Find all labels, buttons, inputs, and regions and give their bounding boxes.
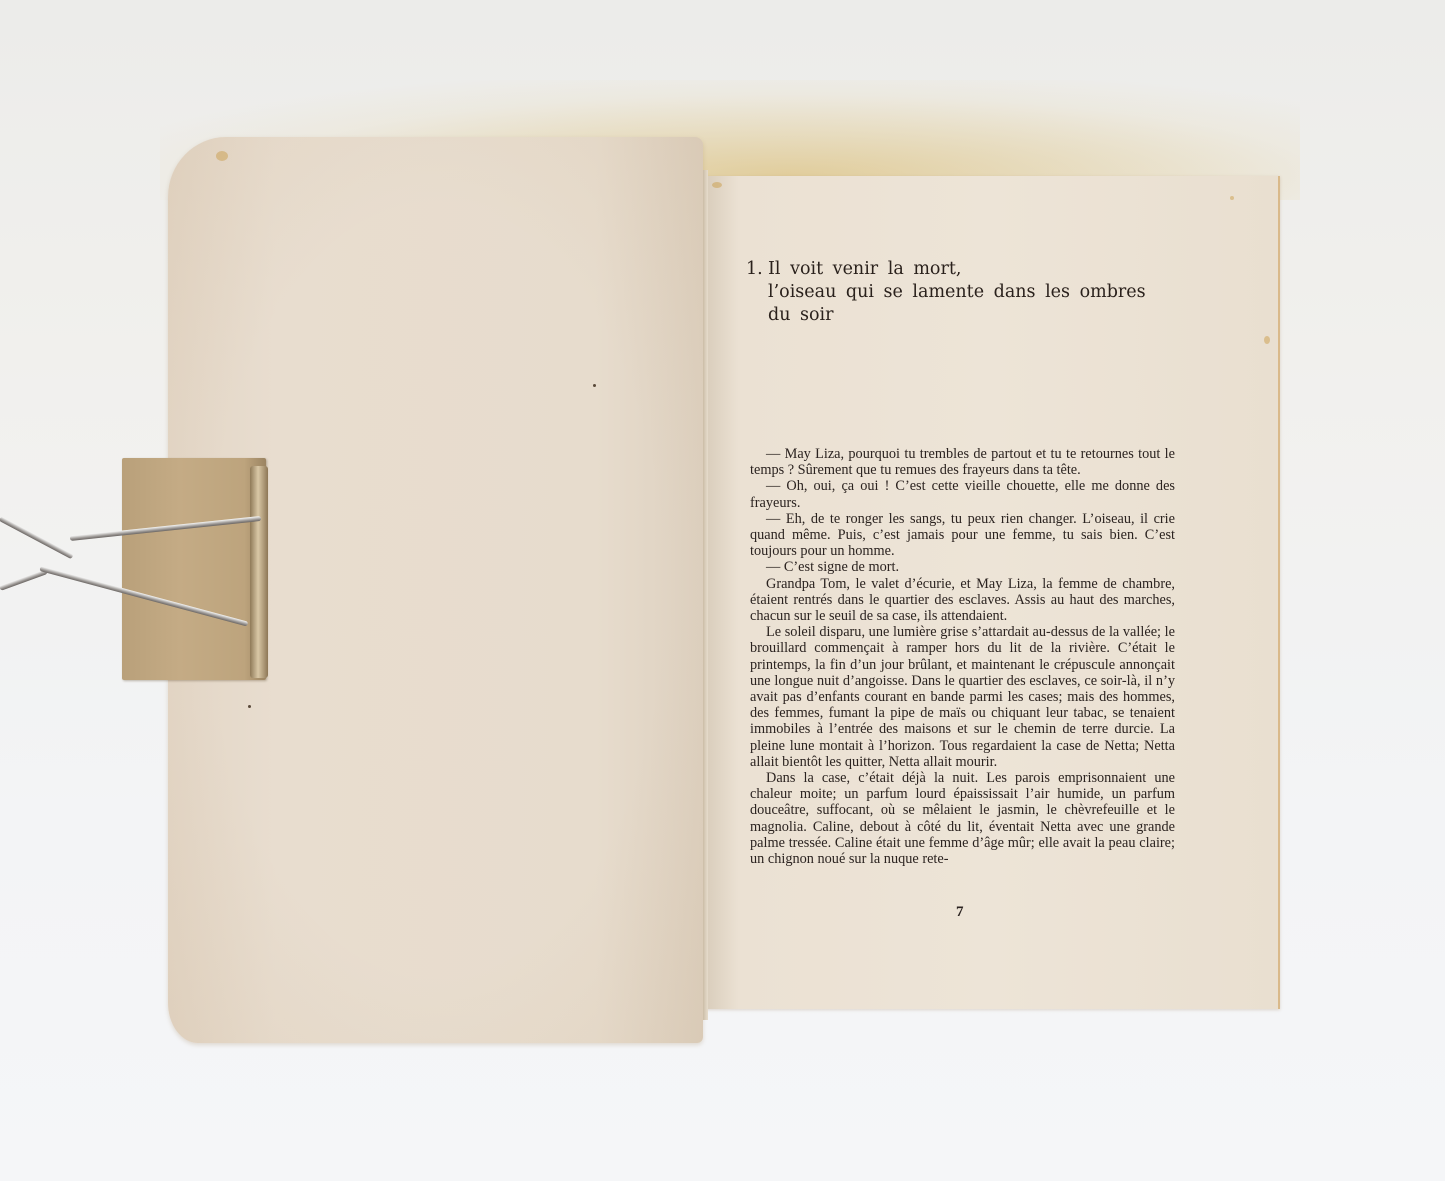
paragraph: — Oh, oui, ça oui ! C’est cette vieille … <box>750 478 1175 510</box>
binder-clip-wire <box>0 516 74 559</box>
chapter-title-line-2: l’oiseau qui se lamente dans les ombres <box>746 281 1166 304</box>
paragraph: Le soleil disparu, une lumière grise s’a… <box>750 624 1175 770</box>
chapter-number: 1. <box>746 258 768 281</box>
page-number: 7 <box>956 904 964 921</box>
stain <box>1230 196 1234 200</box>
stain <box>712 182 722 188</box>
binder-clip-wire <box>0 569 48 591</box>
paragraph: — C’est signe de mort. <box>750 559 1175 575</box>
open-book: 1.Il voit venir la mort, l’oiseau qui se… <box>0 0 1445 1181</box>
speck <box>248 705 251 708</box>
paragraph: — Eh, de te ronger les sangs, tu peux ri… <box>750 511 1175 560</box>
speck <box>593 384 596 387</box>
binder-clip-body <box>122 458 266 680</box>
paragraph: Grandpa Tom, le valet d’écurie, et May L… <box>750 576 1175 625</box>
paragraph: — May Liza, pourquoi tu trembles de part… <box>750 446 1175 478</box>
chapter-title-line-3: du soir <box>746 304 1166 327</box>
chapter-title: 1.Il voit venir la mort, l’oiseau qui se… <box>746 258 1166 327</box>
stain <box>216 151 228 161</box>
chapter-title-text: Il voit venir la mort, <box>768 259 961 279</box>
body-text: — May Liza, pourquoi tu trembles de part… <box>750 446 1175 867</box>
paragraph: Dans la case, c’était déjà la nuit. Les … <box>750 770 1175 867</box>
stain <box>1264 336 1270 344</box>
binder-clip-fold <box>250 466 268 678</box>
chapter-title-line-1: 1.Il voit venir la mort, <box>746 258 1166 281</box>
